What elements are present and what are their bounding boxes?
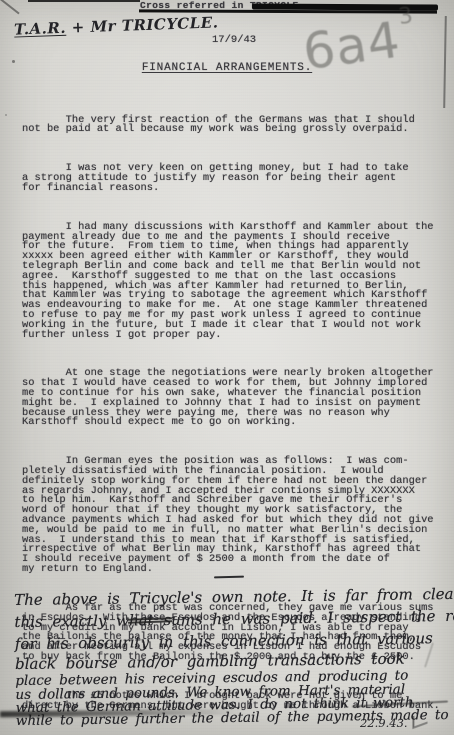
tar-initials: T.A.R. xyxy=(14,19,67,39)
typed-paragraph: In German eyes the position was as follo… xyxy=(22,457,450,575)
typed-paragraph: At one stage the negotiations were nearl… xyxy=(22,369,450,428)
tricycle-label: + Mr TRICYCLE. xyxy=(71,13,218,36)
typed-paragraph: I was not very keen on getting money, bu… xyxy=(22,164,450,193)
typed-paragraph: The very first reaction of the Germans w… xyxy=(22,116,450,136)
typed-paragraph: I had many discussions with Karsthoff an… xyxy=(22,223,450,341)
page-corner-crease xyxy=(0,0,20,14)
scribbled-out-word xyxy=(128,615,172,626)
ink-spot xyxy=(5,114,7,116)
document-date: 17/9/43 xyxy=(212,34,256,46)
scanned-document-page: Cross referred in TRICYCLE - ...... T.A.… xyxy=(0,0,454,735)
minute-date: 22.9.43. xyxy=(360,716,408,730)
scan-edge-line xyxy=(28,0,140,2)
page-title: FINANCIAL ARRANGEMENTS. xyxy=(0,62,454,74)
handwritten-file-note: T.A.R. + Mr TRICYCLE. xyxy=(14,13,219,38)
